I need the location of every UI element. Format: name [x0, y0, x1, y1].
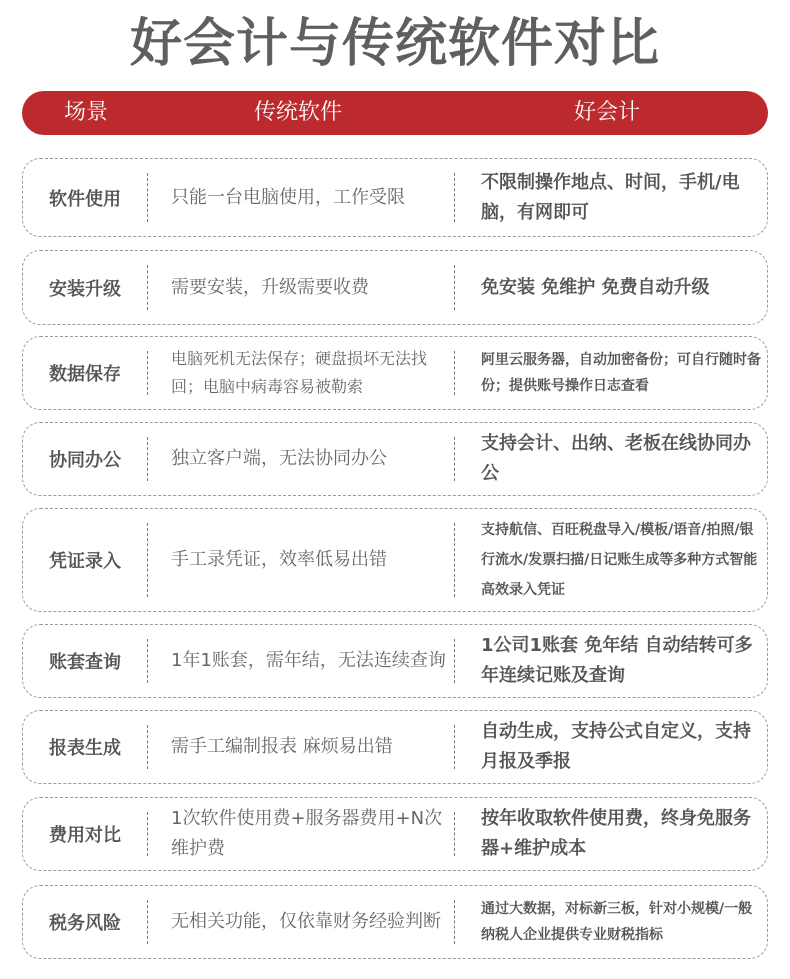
divider	[147, 173, 148, 222]
divider	[147, 265, 148, 310]
divider	[454, 812, 455, 856]
table-row: 数据保存 电脑死机无法保存；硬盘损坏无法找回；电脑中病毒容易被勒索 阿里云服务器…	[22, 336, 768, 410]
traditional-text: 独立客户端，无法协同办公	[171, 423, 451, 495]
table-row: 软件使用 只能一台电脑使用，工作受限 不限制操作地点、时间，手机/电脑，有网即可	[22, 158, 768, 237]
traditional-text: 1次软件使用费+服务器费用+N次维护费	[171, 798, 451, 870]
scene-label: 数据保存	[23, 337, 147, 409]
good-text: 免安装 免维护 免费自动升级	[481, 251, 761, 324]
header-good: 好会计	[574, 91, 640, 135]
scene-label: 凭证录入	[23, 509, 147, 611]
divider	[454, 351, 455, 395]
divider	[147, 725, 148, 769]
good-text: 自动生成，支持公式自定义，支持月报及季报	[481, 711, 761, 783]
scene-label: 软件使用	[23, 159, 147, 236]
table-row: 安装升级 需要安装，升级需要收费 免安装 免维护 免费自动升级	[22, 250, 768, 325]
good-text: 1公司1账套 免年结 自动结转可多年连续记账及查询	[481, 625, 761, 697]
divider	[454, 900, 455, 944]
traditional-text: 需要安装，升级需要收费	[171, 251, 451, 324]
table-row: 凭证录入 手工录凭证，效率低易出错 支持航信、百旺税盘导入/模板/语音/拍照/银…	[22, 508, 768, 612]
table-row: 费用对比 1次软件使用费+服务器费用+N次维护费 按年收取软件使用费，终身免服务…	[22, 797, 768, 871]
page-title: 好会计与传统软件对比	[0, 8, 790, 80]
table-row: 账套查询 1年1账套，需年结，无法连续查询 1公司1账套 免年结 自动结转可多年…	[22, 624, 768, 698]
table-row: 税务风险 无相关功能，仅依靠财务经验判断 通过大数据，对标新三板，针对小规模/一…	[22, 885, 768, 959]
table-row: 报表生成 需手工编制报表 麻烦易出错 自动生成，支持公式自定义，支持月报及季报	[22, 710, 768, 784]
scene-label: 税务风险	[23, 886, 147, 958]
traditional-text: 需手工编制报表 麻烦易出错	[171, 711, 451, 783]
divider	[147, 812, 148, 856]
good-text: 支持会计、出纳、老板在线协同办公	[481, 423, 761, 495]
divider	[454, 437, 455, 481]
divider	[454, 173, 455, 222]
scene-label: 报表生成	[23, 711, 147, 783]
good-text: 阿里云服务器，自动加密备份；可自行随时备份；提供账号操作日志查看	[481, 337, 761, 409]
scene-label: 协同办公	[23, 423, 147, 495]
header-scene: 场景	[64, 91, 108, 135]
table-row: 协同办公 独立客户端，无法协同办公 支持会计、出纳、老板在线协同办公	[22, 422, 768, 496]
traditional-text: 手工录凭证，效率低易出错	[171, 509, 451, 611]
table-header: 场景 传统软件 好会计	[22, 91, 768, 135]
divider	[147, 437, 148, 481]
traditional-text: 只能一台电脑使用，工作受限	[171, 159, 451, 236]
divider	[147, 639, 148, 683]
scene-label: 费用对比	[23, 798, 147, 870]
scene-label: 账套查询	[23, 625, 147, 697]
divider	[454, 523, 455, 597]
divider	[147, 900, 148, 944]
divider	[454, 265, 455, 310]
header-traditional: 传统软件	[254, 91, 342, 135]
divider	[454, 639, 455, 683]
divider	[454, 725, 455, 769]
scene-label: 安装升级	[23, 251, 147, 324]
divider	[147, 523, 148, 597]
traditional-text: 电脑死机无法保存；硬盘损坏无法找回；电脑中病毒容易被勒索	[171, 337, 451, 409]
good-text: 按年收取软件使用费，终身免服务器+维护成本	[481, 798, 761, 870]
divider	[147, 351, 148, 395]
good-text: 支持航信、百旺税盘导入/模板/语音/拍照/银行流水/发票扫描/日记账生成等多种方…	[481, 509, 761, 611]
good-text: 不限制操作地点、时间，手机/电脑，有网即可	[481, 159, 761, 236]
traditional-text: 1年1账套，需年结，无法连续查询	[171, 625, 451, 697]
good-text: 通过大数据，对标新三板，针对小规模/一般纳税人企业提供专业财税指标	[481, 886, 761, 958]
traditional-text: 无相关功能，仅依靠财务经验判断	[171, 886, 451, 958]
